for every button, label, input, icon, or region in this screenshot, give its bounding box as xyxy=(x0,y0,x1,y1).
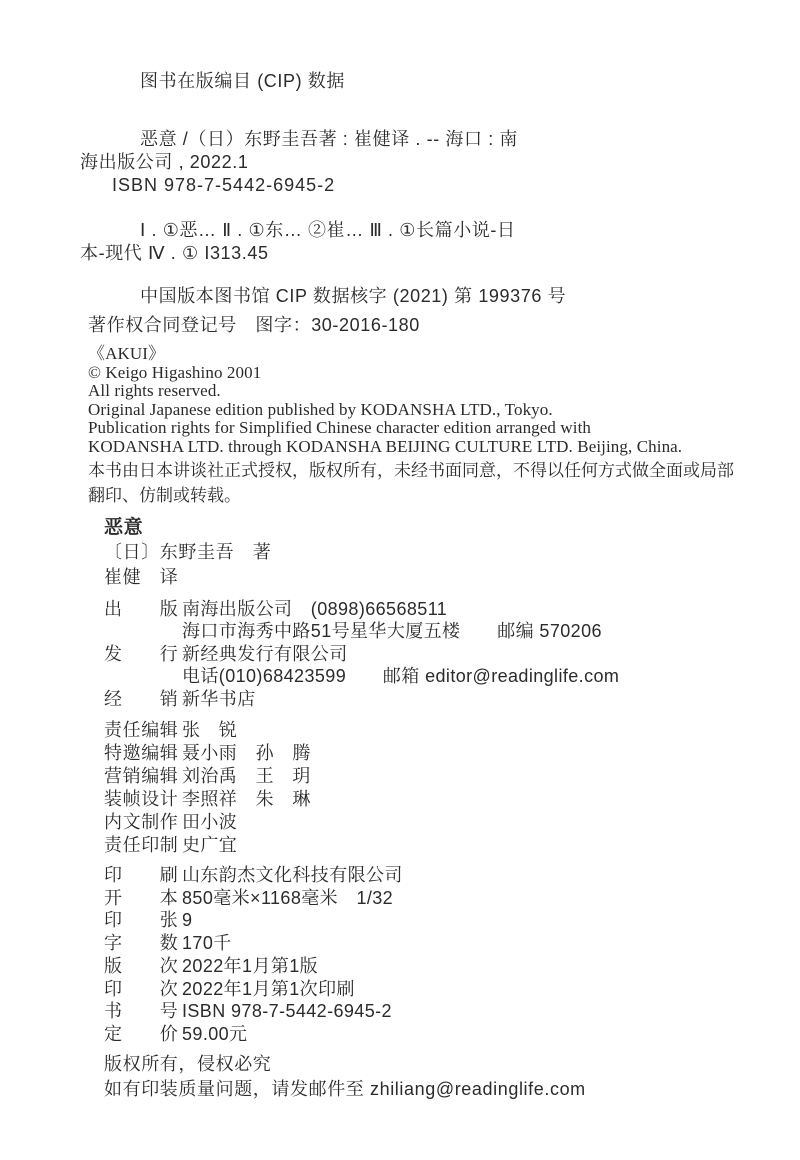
staff-label: 特邀编辑 xyxy=(104,742,182,765)
copyright-line: Publication rights for Simplified Chines… xyxy=(88,419,800,438)
colophon-label xyxy=(104,665,182,687)
colophon-row: 经 销 新华书店 xyxy=(104,688,800,710)
colophon-row: 电话(010)68423599 邮箱 editor@readinglife.co… xyxy=(104,665,800,687)
rights-notice: 版权所有，侵权必究 xyxy=(104,1052,800,1077)
staff-credits: 责任编辑 张 锐 特邀编辑 聂小雨 孙 腾 营销编辑 刘治禹 王 玥 装帧设计 … xyxy=(104,719,800,857)
staff-label: 装帧设计 xyxy=(104,788,182,811)
copyright-line: All rights reserved. xyxy=(88,382,800,401)
printing-label: 版 次 xyxy=(104,955,182,978)
authorization-notice: 本书由日本讲谈社正式授权，版权所有，未经书面同意，不得以任何方式做全面或局部翻印… xyxy=(88,459,740,508)
staff-label: 营销编辑 xyxy=(104,765,182,788)
english-copyright-block: 《AKUI》 © Keigo Higashino 2001 All rights… xyxy=(88,345,800,456)
colophon-value: 新经典发行有限公司 xyxy=(182,643,348,665)
copyright-line: KODANSHA LTD. through KODANSHA BEIJING C… xyxy=(88,438,800,457)
book-title: 恶意 xyxy=(104,515,800,540)
book-author: 〔日〕东野圭吾 著 xyxy=(104,540,800,565)
printing-label: 印 张 xyxy=(104,909,182,932)
printing-row: 开 本 850毫米×1168毫米 1/32 xyxy=(104,887,800,910)
colophon-row: 发 行 新经典发行有限公司 xyxy=(104,643,800,665)
staff-value: 张 锐 xyxy=(182,719,237,742)
quality-notice: 如有印装质量问题，请发邮件至 zhiliang@readinglife.com xyxy=(104,1077,800,1102)
printing-info: 印 刷 山东韵杰文化科技有限公司 开 本 850毫米×1168毫米 1/32 印… xyxy=(104,864,800,1046)
printing-value: 2022年1月第1版 xyxy=(182,955,318,978)
cip-class-line1: Ⅰ . ①恶… Ⅱ . ①东… ②崔… Ⅲ . ①长篇小说-日 xyxy=(140,219,800,242)
staff-row: 责任印制 史广宜 xyxy=(104,834,800,857)
staff-value: 聂小雨 孙 腾 xyxy=(182,742,311,765)
staff-row: 内文制作 田小波 xyxy=(104,811,800,834)
colophon-label: 发 行 xyxy=(104,643,182,665)
cip-entry-line2: 海出版公司 , 2022.1 xyxy=(80,151,800,174)
cip-entry-paragraph: 恶意 /（日）东野圭吾著 : 崔健译 . -- 海口 : 南 海出版公司 , 2… xyxy=(0,128,800,197)
printing-row: 印 刷 山东韵杰文化科技有限公司 xyxy=(104,864,800,887)
printing-value: 2022年1月第1次印刷 xyxy=(182,978,355,1001)
printing-label: 印 次 xyxy=(104,978,182,1001)
staff-label: 责任印制 xyxy=(104,834,182,857)
copyright-page: 图书在版编目 (CIP) 数据 恶意 /（日）东野圭吾著 : 崔健译 . -- … xyxy=(0,0,800,1160)
staff-label: 责任编辑 xyxy=(104,719,182,742)
colophon-value: 电话(010)68423599 邮箱 editor@readinglife.co… xyxy=(182,665,619,687)
printing-label: 印 刷 xyxy=(104,864,182,887)
colophon-label: 经 销 xyxy=(104,688,182,710)
cip-class-line2: 本-现代 Ⅳ . ① I313.45 xyxy=(80,242,800,265)
printing-row: 印 次 2022年1月第1次印刷 xyxy=(104,978,800,1001)
printing-row: 书 号 ISBN 978-7-5442-6945-2 xyxy=(104,1000,800,1023)
printing-row: 字 数 170千 xyxy=(104,932,800,955)
title-block: 恶意 〔日〕东野圭吾 著 崔健 译 xyxy=(104,515,800,590)
copyright-contract-line: 著作权合同登记号 图字：30-2016-180 xyxy=(88,314,800,337)
staff-value: 刘治禹 王 玥 xyxy=(182,765,311,788)
cip-isbn-line: ISBN 978-7-5442-6945-2 xyxy=(112,174,800,197)
colophon-label: 出 版 xyxy=(104,598,182,620)
footer-notices: 版权所有，侵权必究 如有印装质量问题，请发邮件至 zhiliang@readin… xyxy=(104,1052,800,1102)
staff-label: 内文制作 xyxy=(104,811,182,834)
cip-entry-line1: 恶意 /（日）东野圭吾著 : 崔健译 . -- 海口 : 南 xyxy=(140,128,800,151)
printing-row: 定 价 59.00元 xyxy=(104,1023,800,1046)
printing-label: 字 数 xyxy=(104,932,182,955)
staff-row: 责任编辑 张 锐 xyxy=(104,719,800,742)
staff-row: 营销编辑 刘治禹 王 玥 xyxy=(104,765,800,788)
printing-value: 170千 xyxy=(182,932,232,955)
staff-row: 特邀编辑 聂小雨 孙 腾 xyxy=(104,742,800,765)
colophon-row: 出 版 南海出版公司 (0898)66568511 xyxy=(104,598,800,620)
printing-value: ISBN 978-7-5442-6945-2 xyxy=(182,1000,392,1023)
printing-row: 印 张 9 xyxy=(104,909,800,932)
staff-value: 史广宜 xyxy=(182,834,237,857)
printing-value: 山东韵杰文化科技有限公司 xyxy=(182,864,403,887)
printing-value: 9 xyxy=(182,909,192,932)
copyright-line: Original Japanese edition published by K… xyxy=(88,401,800,420)
copyright-line: 《AKUI》 xyxy=(88,345,800,364)
printing-value: 850毫米×1168毫米 1/32 xyxy=(182,887,393,910)
cip-classification: Ⅰ . ①恶… Ⅱ . ①东… ②崔… Ⅲ . ①长篇小说-日 本-现代 Ⅳ .… xyxy=(0,219,800,265)
printing-label: 定 价 xyxy=(104,1023,182,1046)
colophon-value: 南海出版公司 (0898)66568511 xyxy=(182,598,447,620)
printing-row: 版 次 2022年1月第1版 xyxy=(104,955,800,978)
staff-row: 装帧设计 李照祥 朱 琳 xyxy=(104,788,800,811)
publisher-info: 出 版 南海出版公司 (0898)66568511 海口市海秀中路51号星华大厦… xyxy=(104,598,800,710)
printing-label: 书 号 xyxy=(104,1000,182,1023)
cip-registry-line: 中国版本图书馆 CIP 数据核字 (2021) 第 199376 号 xyxy=(140,285,800,308)
colophon-label xyxy=(104,620,182,642)
colophon-row: 海口市海秀中路51号星华大厦五楼 邮编 570206 xyxy=(104,620,800,642)
colophon-value: 海口市海秀中路51号星华大厦五楼 邮编 570206 xyxy=(182,620,602,642)
printing-label: 开 本 xyxy=(104,887,182,910)
colophon-value: 新华书店 xyxy=(182,688,256,710)
book-translator: 崔健 译 xyxy=(104,565,800,590)
staff-value: 李照祥 朱 琳 xyxy=(182,788,311,811)
cip-header: 图书在版编目 (CIP) 数据 xyxy=(140,70,800,92)
staff-value: 田小波 xyxy=(182,811,237,834)
printing-value: 59.00元 xyxy=(182,1023,247,1046)
copyright-line: © Keigo Higashino 2001 xyxy=(88,364,800,383)
